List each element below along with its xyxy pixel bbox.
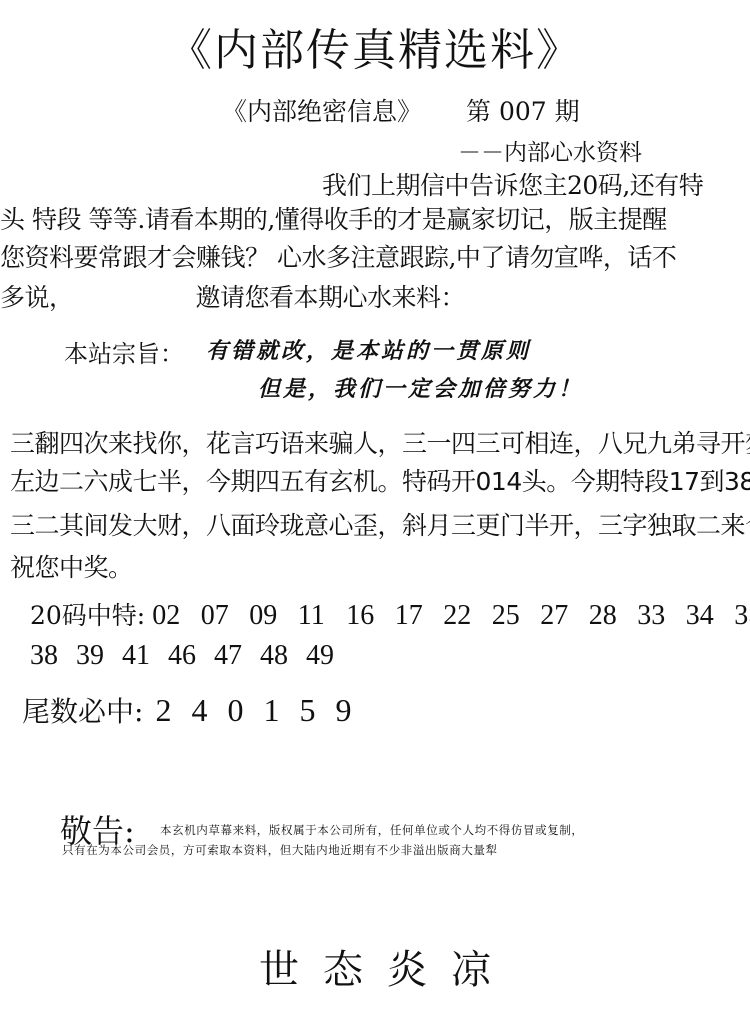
code-number: 11 — [298, 600, 347, 632]
intro-line-4: 多说，邀请您看本期心水来料： — [0, 278, 465, 314]
page-title: 《内部传真精选料》 — [0, 14, 750, 78]
issue-number: 第 007 期 — [466, 92, 580, 128]
code-number: 09 — [249, 600, 298, 632]
tail-digits-line: 尾数必中:240159 — [22, 690, 371, 730]
motto-line-2: 但是，我们一定会加倍努力！ — [258, 372, 583, 403]
code-number: 16 — [346, 600, 395, 632]
intro-line-1: 我们上期信中告诉您主20码,还有特 — [322, 166, 703, 202]
tail-label: 尾数必中: — [22, 695, 143, 728]
motto-line-1: 有错就改，是本站的一贯原则 — [206, 334, 531, 365]
notice-line-2: 只有在为本公司会员，方可索取本资料，但大陆内地近期有不少非溢出版商大量犁 — [62, 842, 498, 858]
notice-line-1: 本玄机内草幕来料，版权属于本公司所有，任何单位或个人均不得仿冒或复制， — [160, 822, 584, 838]
code-number: 17 — [395, 600, 444, 632]
footer-slogan: 世态炎凉 — [0, 938, 750, 995]
subtitle: 《内部绝密信息》 — [222, 92, 422, 128]
code-number: 39 — [76, 640, 122, 672]
source-label: －－内部心水资料 — [458, 134, 642, 167]
intro-line-4-start: 多说， — [0, 283, 74, 312]
code-number: 25 — [492, 600, 541, 632]
poem-line-2: 左边二六成七半，今期四五有玄机。特码开014头。今期特段17到38， — [10, 462, 750, 498]
code-number: 48 — [260, 640, 306, 672]
code-number: 49 — [306, 640, 352, 672]
codes-label: 20码中特: — [30, 601, 145, 630]
code-number: 41 — [122, 640, 168, 672]
intro-line-3: 您资料要常跟才会赚钱？ 心水多注意跟踪,中了请勿宣哗，话不 — [0, 238, 676, 274]
intro-line-2: 头 特段 等等.请看本期的,懂得收手的才是赢家切记，版主提醒 — [0, 200, 667, 236]
codes-row-1: 20码中特: 02070911161722252728333435 — [30, 596, 750, 632]
poem-line-4: 祝您中奖。 — [10, 548, 133, 584]
code-number: 34 — [686, 600, 735, 632]
poem-line-3: 三二其间发大财，八面玲珑意心歪，斜月三更门半开，三字独取二来合 — [10, 506, 750, 542]
code-number: 35 — [734, 600, 750, 632]
motto-label: 本站宗旨： — [64, 334, 184, 369]
poem-line-1: 三翻四次来找你，花言巧语来骗人，三一四三可相连，八兄九弟寻开梦 — [10, 424, 750, 460]
code-number: 47 — [214, 640, 260, 672]
code-number: 38 — [30, 640, 76, 672]
code-number: 28 — [589, 600, 638, 632]
code-number: 46 — [168, 640, 214, 672]
code-number: 27 — [540, 600, 589, 632]
intro-invite: 邀请您看本期心水来料： — [196, 283, 466, 312]
code-number: 07 — [201, 600, 250, 632]
code-number: 22 — [443, 600, 492, 632]
code-number: 02 — [152, 600, 201, 632]
code-number: 33 — [637, 600, 686, 632]
tail-digits: 240159 — [155, 692, 371, 728]
codes-row-2: 38394146474849 — [30, 640, 352, 672]
